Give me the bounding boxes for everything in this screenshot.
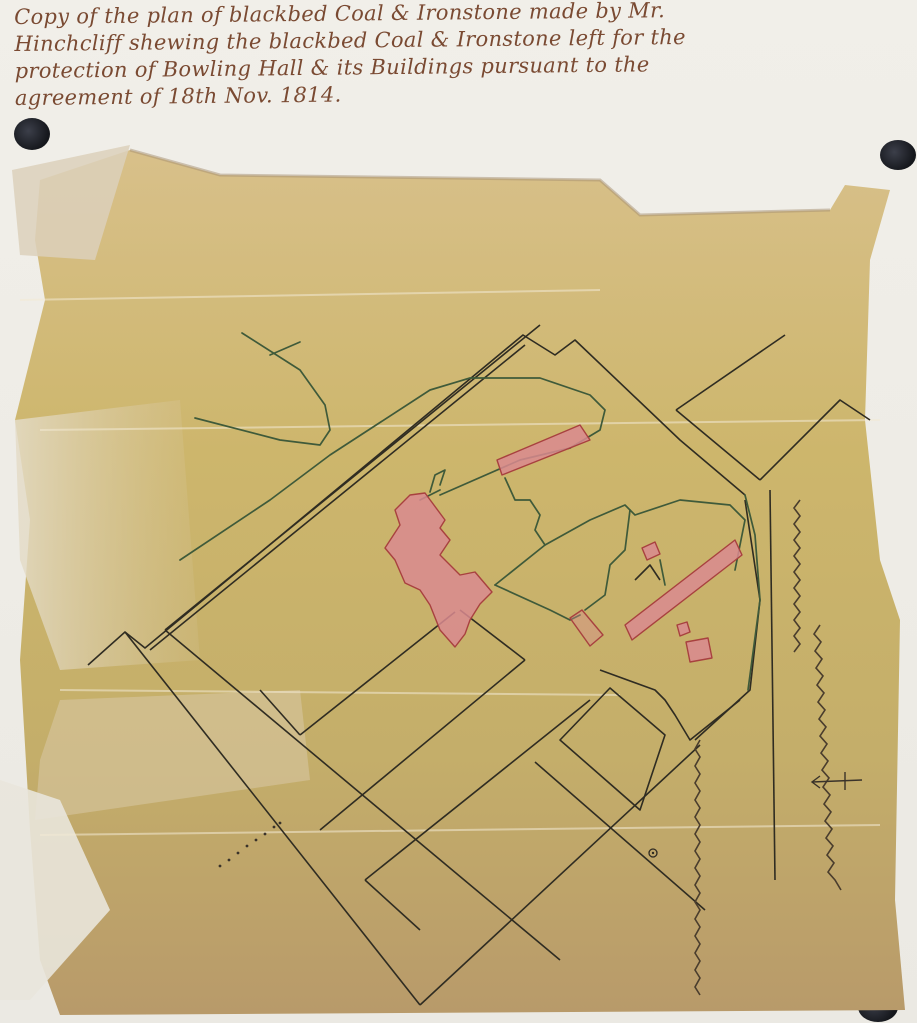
small-square-c	[686, 638, 712, 662]
plan-drawing	[0, 0, 917, 1023]
